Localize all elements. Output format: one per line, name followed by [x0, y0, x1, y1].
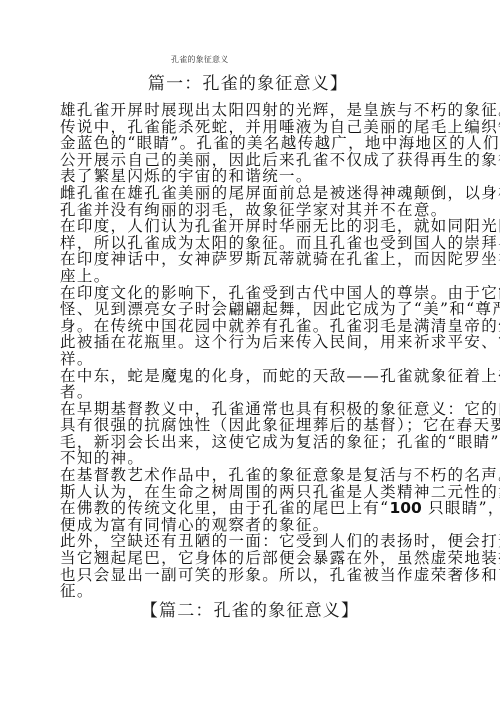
text-line: 在基督教艺术作品中，孔雀的象征意象是复活与不朽的名声。古代波: [60, 467, 440, 484]
text-line: 便成为富有同情心的观察者的象征。: [60, 517, 440, 534]
text-line: 当它翘起尾巴，它身体的后部便会暴露在外，虽然虚荣地装扮自己，: [60, 550, 440, 567]
text-line: 征。: [60, 583, 440, 600]
text-line: 在印度神话中，女神萨罗斯瓦蒂就骑在孔雀上，而因陀罗坐在孔雀宝: [60, 251, 440, 268]
document-page: 孔雀的象征意义 篇一：孔雀的象征意义】 雄孔雀开屏时展现出太阳四射的光辉，是皇族…: [0, 0, 500, 707]
text-line: 座上。: [60, 268, 440, 285]
text-line-buddhism: 在佛教的传统文化里，由于孔雀的尾巴上有“100 只眼睛”，因而孔雀: [60, 500, 440, 517]
text-segment: 在佛教的传统文化里，由于孔雀的尾巴上有“: [60, 499, 389, 517]
section-title-1: 篇一：孔雀的象征意义】: [0, 74, 500, 94]
text-line: 传说中，孔雀能杀死蛇，并用唾液为自己美丽的尾毛上编织铜绿色和: [60, 119, 440, 136]
text-line: 不知的神。: [60, 450, 440, 467]
number-100: 100: [389, 499, 421, 517]
text-line: 祥。: [60, 351, 440, 368]
text-line: 斯人认为，在生命之树周围的两只孔雀是人类精神二元性的象征。: [60, 484, 440, 501]
text-line: 雌孔雀在雄孔雀美丽的尾屏面前总是被迷得神魂颠倒，以身相许，雌: [60, 185, 440, 202]
text-line: 身。在传统中国花园中就养有孔雀。孔雀羽毛是满清皇帝的爱物，因: [60, 318, 440, 335]
text-line: 在印度，人们认为孔雀开屏时华丽无比的羽毛，就如同阳光四射一: [60, 218, 440, 235]
text-line: 者。: [60, 384, 440, 401]
text-line: 也只会显出一副可笑的形象。所以，孔雀被当作虚荣奢侈和高傲的象: [60, 567, 440, 584]
text-line: 样，所以孔雀成为太阳的象征。而且孔雀也受到国人的崇拜与爱护。: [60, 235, 440, 252]
text-line: 此被插在花瓶里。这个行为后来传入民间，用来祈求平安、富贵、吉: [60, 334, 440, 351]
text-line: 在中东，蛇是魔鬼的化身，而蛇的天敌——孔雀就象征着上帝的使: [60, 368, 440, 385]
text-line: 怪、见到漂亮女子时会翩翩起舞，因此它成为了“美”和“尊严”的化: [60, 301, 440, 318]
text-line: 雄孔雀开屏时展现出太阳四射的光辉，是皇族与不朽的象征。在伊朗: [60, 102, 440, 119]
text-line: 毛，新羽会长出来，这使它成为复活的象征；孔雀的“眼睛”象征无所: [60, 434, 440, 451]
text-line: 此外，空缺还有丑陋的一面：它受到人们的表扬时，便会打开尾屏；: [60, 533, 440, 550]
text-line: 具有很强的抗腐蚀性（因此象征埋葬后的基督）；它在春天要换羽: [60, 417, 440, 434]
text-line: 在印度文化的影响下，孔雀受到古代中国人的尊崇。由于它能驱除魔: [60, 285, 440, 302]
text-segment: 只眼睛”，因而孔雀: [422, 499, 500, 517]
text-line: 孔雀并没有绚丽的羽毛，故象征学家对其并不在意。: [60, 202, 440, 219]
body-text: 雄孔雀开屏时展现出太阳四射的光辉，是皇族与不朽的象征。在伊朗 传说中，孔雀能杀死…: [60, 102, 440, 600]
section-title-2: 【篇二：孔雀的象征意义】: [0, 601, 500, 621]
text-line: 公开展示自己的美丽，因此后来孔雀不仅成了获得再生的象征，也代: [60, 152, 440, 169]
text-line: 金蓝色的“眼睛”。孔雀的美名越传越广，地中海地区的人们曾让孔雀: [60, 135, 440, 152]
text-line: 表了繁星闪烁的宇宙的和谐统一。: [60, 168, 440, 185]
text-line: 在早期基督教义中，孔雀通常也具有积极的象征意义：它的肉被认为: [60, 401, 440, 418]
running-header: 孔雀的象征意义: [171, 55, 228, 65]
